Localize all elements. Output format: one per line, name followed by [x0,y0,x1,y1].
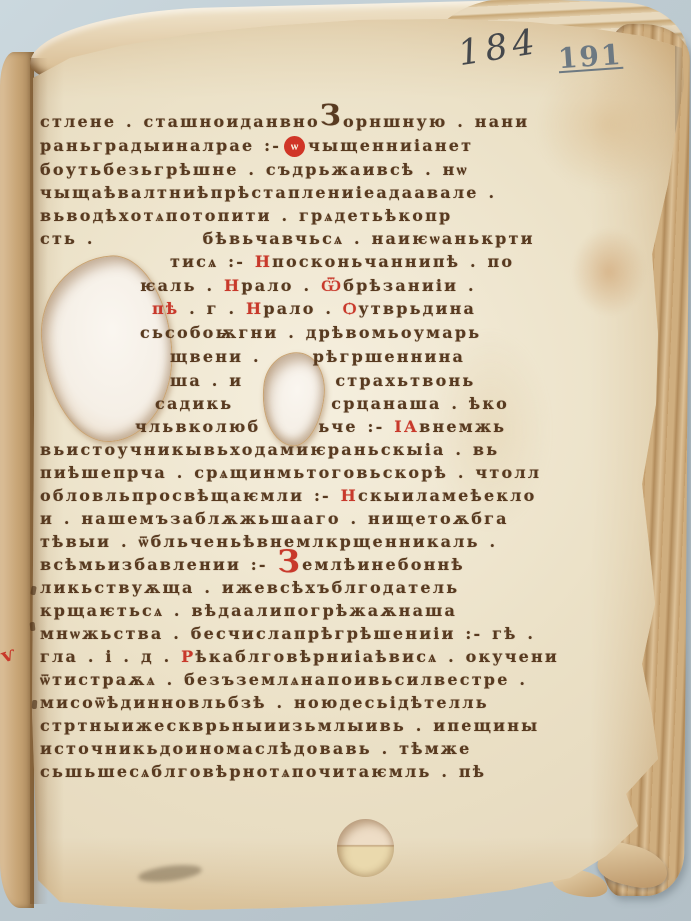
binding-stitch [30,622,36,631]
manuscript-line: стлене . сташноиданвноЗорншную . нани [40,112,529,131]
rubric-initial: Ѿ [321,276,343,296]
rubric-initial: пѣ [152,299,179,318]
ink-text: ѣкаблговѣрниіаѣвисѧ . окучени [195,647,559,667]
ink-text: ша . и [170,371,243,390]
ink-text: рѣгршеннина [313,347,465,366]
manuscript-line: стртныижескврьныиизьмлыивь . ипещины [40,716,539,735]
manuscript-line: пиѣшепрча . срѧщинмьтоговьскорѣ . чтолл [40,463,541,483]
ink-text: щвени . [170,347,261,366]
rubric-initial: Н [224,276,241,295]
manuscript-line: и . нашемъзаблѫжьшааго . нищетоѫбга [40,509,509,528]
ink-text: емлѣинебоннѣ [302,555,465,574]
rubric-initial: Н [246,299,263,318]
manuscript-line: ѿтистраѫѧ . безъземлѧнапоивьсилвестре . [40,670,527,690]
manuscript-line: щвени .рѣгршеннина [40,347,465,366]
ink-text: раньградыиналрае :- [40,136,281,155]
manuscript-line: тисѧ :- Нпосконьчаннипѣ . по [40,252,514,272]
manuscript-line: садикьсрцанаша . ѣко [40,394,509,413]
ink-text: гла . і . д . [40,647,181,666]
ink-text: утврьдина [358,299,476,318]
ink-text: источникьдоиномаслѣдовавь . тѣмже [40,739,472,758]
ink-text: страхьтвонь [335,371,475,390]
ink-text: боутьбезьгрѣшне . съдрьжаивсѣ . нѡ [40,160,469,180]
rubric-initial: Н [255,252,272,271]
manuscript-line: боутьбезьгрѣшне . съдрьжаивсѣ . нѡ [40,160,469,180]
manuscript-line: гла . і . д . Рѣкаблговѣрниіаѣвисѧ . оку… [40,647,559,667]
ink-text: мисоѿѣдинновльбзѣ . ноюдесьідѣтелль [40,693,489,713]
ink-text: . г . [179,299,246,318]
ink-text: ьче :- [318,417,394,436]
ink-text: орншную . нани [343,112,529,131]
manuscript-line: тѣвыи . ѿбльченьѣвнемлкрщенникаль . [40,532,497,552]
ink-text: вьистоучникывьходамиѥраньскыіа . вь [40,440,499,459]
ink-text: ликьствуѫща . ижевсѣхъблгодатель [40,578,459,597]
ink-text: тисѧ :- [170,252,255,272]
manuscript-line: вьводѣхотѧпотопити . грѧдетьѣкопр [40,206,452,226]
ink-text: рало . [263,299,343,318]
rubric-initial: Ѻ [343,299,358,319]
manuscript-line: всѣмьизбавлении :- Землѣинебоннѣ [40,555,465,574]
ink-text: тѣвыи . ѿбльченьѣвнемлкрщенникаль . [40,532,497,552]
manuscript-line: сть .бѣвьчавчьсѧ . наиѥѡанькрти [40,229,535,249]
ink-text: чльвколюб [135,417,260,436]
manuscript-line: источникьдоиномаслѣдовавь . тѣмже [40,739,472,758]
manuscript-line: раньградыиналрае :-ѡчыщенниіанет [40,136,473,157]
ink-text: сьсобоѭгни . дрѣвомьоумарь [140,323,481,342]
rubric-initial: Р [181,647,195,666]
rubric-initial: ІА [394,417,419,436]
ink-text: чыщенниіанет [308,136,473,155]
ink-text: брѣзаниіи . [343,276,476,295]
manuscript-line: обловльпросвѣщаѥмли :- Нскыиламеѣекло [40,486,536,505]
ink-text: внемжь [419,417,506,436]
ink-text: рало . [241,276,321,295]
manuscript-line: мнѡжьства . бесчислапрѣгрѣшениіи :- гѣ . [40,624,535,644]
ink-text: срцанаша . ѣко [331,394,509,413]
text-block: стлене . сташноиданвноЗорншную . наниран… [40,0,632,921]
manuscript-line: чльвколюбьче :- ІАвнемжь [40,417,506,436]
manuscript-line: сьшьшесѧблговѣрнотѧпочитаѥмль . пѣ [40,762,486,782]
manuscript-line: ѥаль . Нрало . Ѿбрѣзаниіи . [40,276,476,296]
manuscript-line: крщаѥтьсѧ . вѣдаалипогрѣжаѫнаша [40,601,457,621]
ink-text: сьшьшесѧблговѣрнотѧпочитаѥмль . пѣ [40,762,486,782]
ink-text: стртныижескврьныиизьмлыивь . ипещины [40,716,539,735]
manuscript-line: сьсобоѭгни . дрѣвомьоумарь [40,323,481,342]
ink-text: ѥаль . [140,276,224,295]
ink-text: крщаѥтьсѧ . вѣдаалипогрѣжаѫнаша [40,601,457,621]
ink-text: стлене . сташноиданвно [40,112,320,131]
ink-text: скыиламеѣекло [358,486,536,505]
ink-text: и . нашемъзаблѫжьшааго . нищетоѫбга [40,509,509,528]
manuscript-line: вьистоучникывьходамиѥраньскыіа . вь [40,440,499,459]
ink-text: мнѡжьства . бесчислапрѣгрѣшениіи :- гѣ . [40,624,535,644]
binding-stitch [32,700,38,709]
ink-text: обловльпросвѣщаѥмли :- [40,486,341,505]
ink-text: посконьчаннипѣ . по [272,252,514,271]
ink-text: всѣмьизбавлении :- [40,555,278,574]
ink-text: садикь [155,394,233,413]
ink-text: сть . [40,229,95,248]
ink-text: бѣвьчавчьсѧ . наиѥѡанькрти [203,229,535,249]
ink-text: ѿтистраѫѧ . безъземлѧнапоивьсилвестре . [40,670,527,690]
ink-text: чыщаѣвалтниѣпрѣстаплениіеадаавале . [40,183,496,202]
rubric-initial: Н [341,486,358,505]
manuscript-line: мисоѿѣдинновльбзѣ . ноюдесьідѣтелль [40,693,489,713]
manuscript-line: ша . истрахьтвонь [40,371,475,390]
ink-text: пиѣшепрча . срѧщинмьтоговьскорѣ . чтолл [40,463,541,483]
manuscript-line: ликьствуѫща . ижевсѣхъблгодатель [40,578,459,597]
manuscript-line: чыщаѣвалтниѣпрѣстаплениіеадаавале . [40,183,496,202]
manuscript-line: пѣ . г . Нрало . Ѻутврьдина [40,299,476,319]
previous-page-edge [0,52,34,908]
rubric-initial: ѡ [284,136,305,157]
ink-text: вьводѣхотѧпотопити . грѧдетьѣкопр [40,206,452,226]
